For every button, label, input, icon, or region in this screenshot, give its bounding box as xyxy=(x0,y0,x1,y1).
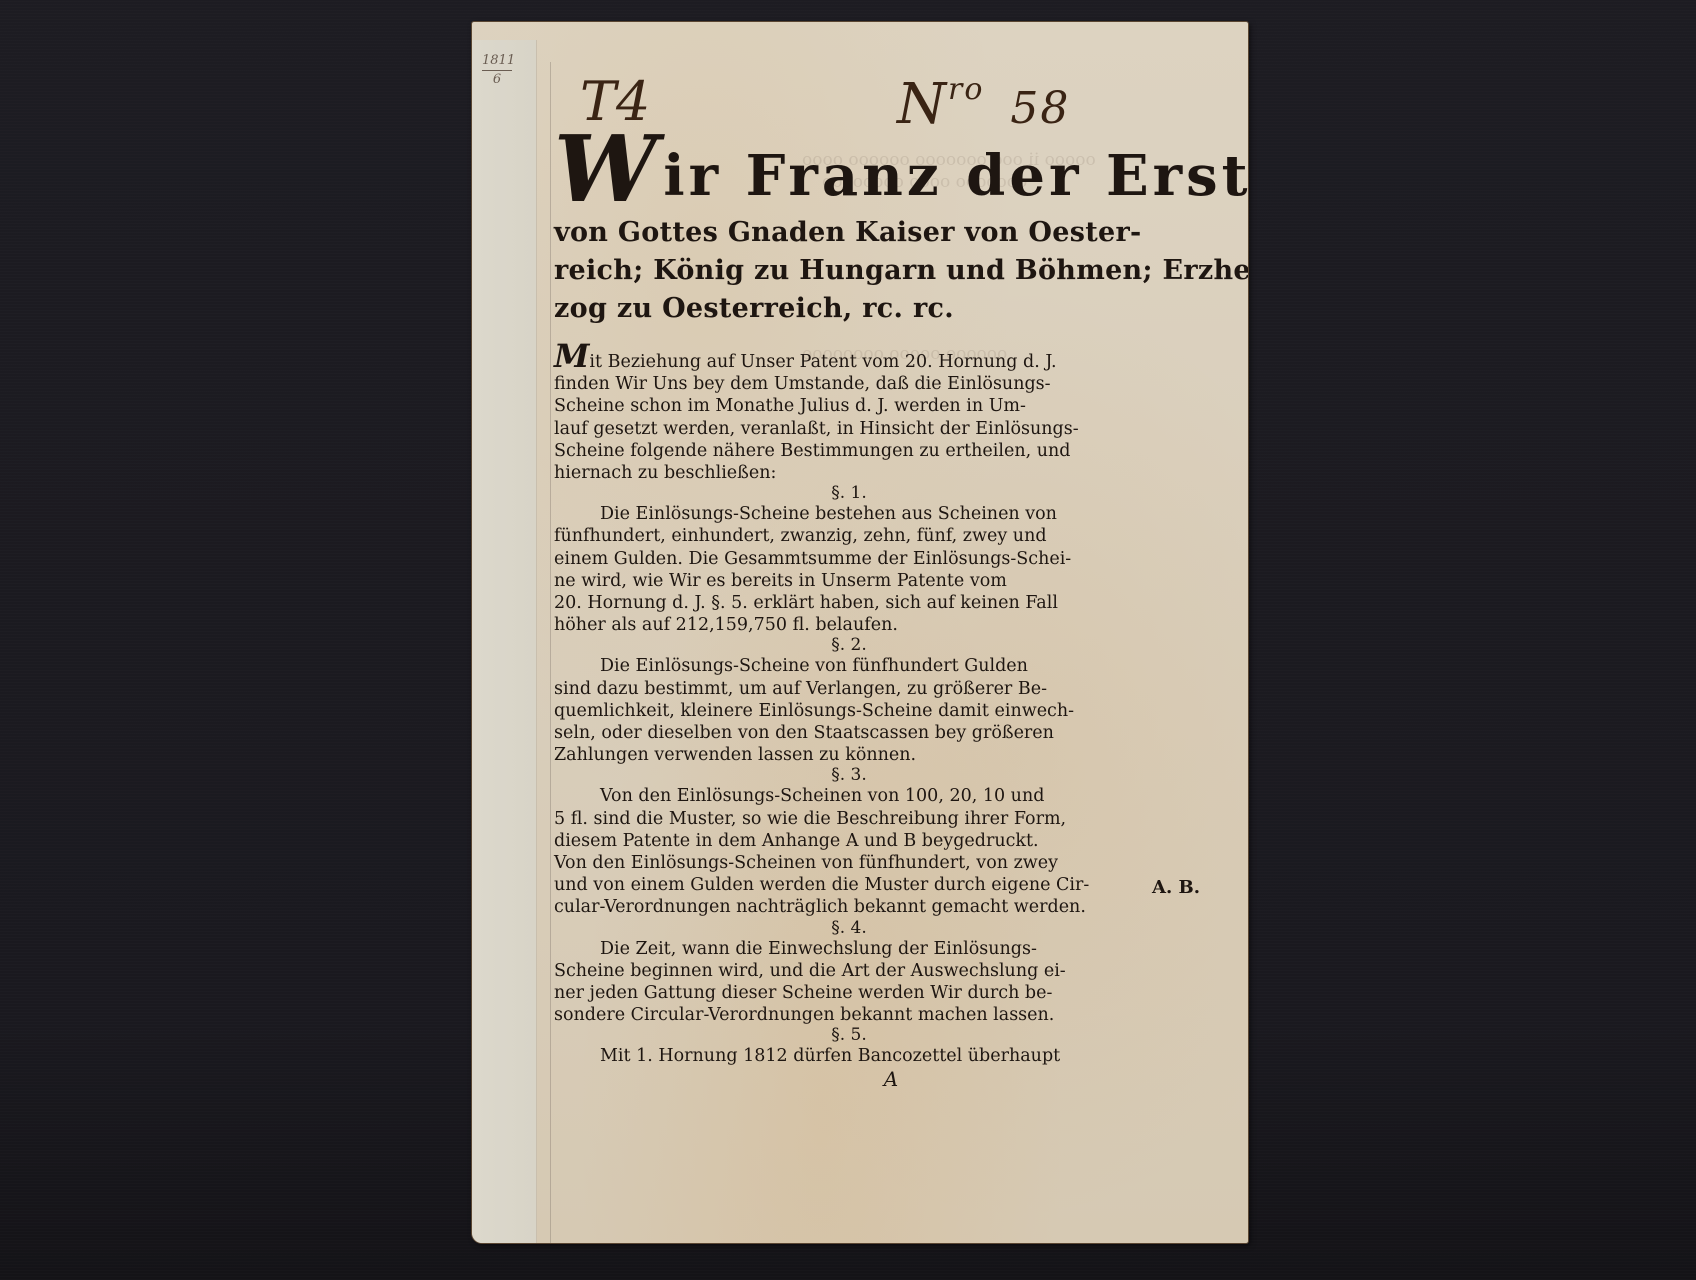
section-5-heading: §. 5. xyxy=(554,1026,1144,1045)
section-1-line: ne wird, wie Wir es bereits in Unserm Pa… xyxy=(554,570,1144,592)
title-line-3: reich; König zu Hungarn und Böhmen; Erzh… xyxy=(554,252,1144,290)
archive-note-year: 1811 xyxy=(482,54,512,71)
section-4-line: Scheine beginnen wird, und die Art der A… xyxy=(554,960,1144,982)
handwritten-number: Nro58 xyxy=(897,72,1070,137)
binding-stub xyxy=(472,40,537,1243)
fold-line xyxy=(550,62,551,1243)
section-3-line: 5 fl. sind die Muster, so wie die Beschr… xyxy=(554,808,1144,830)
preamble-line: Scheine schon im Monathe Julius d. J. we… xyxy=(554,395,1144,417)
section-1-line: 20. Hornung d. J. §. 5. erklärt haben, s… xyxy=(554,592,1144,614)
section-2-line: quemlichkeit, kleinere Einlösungs-Schein… xyxy=(554,700,1144,722)
section-1-line: Die Einlösungs-Scheine bestehen aus Sche… xyxy=(554,503,1144,525)
section-3-line: und von einem Gulden werden die Muster d… xyxy=(554,874,1144,896)
preamble-line: finden Wir Uns bey dem Umstande, daß die… xyxy=(554,373,1144,395)
document-page: 1811 6 T4 Nro58 ooooo ii ooo ooooooo ooo… xyxy=(472,22,1248,1243)
preamble-line: lauf gesetzt werden, veranlaßt, in Hinsi… xyxy=(554,418,1144,440)
title-line-1: ir Franz der Erste, xyxy=(663,143,1248,209)
section-4-heading: §. 4. xyxy=(554,919,1144,938)
section-1-line: einem Gulden. Die Gesammtsumme der Einlö… xyxy=(554,548,1144,570)
title-initial: W xyxy=(554,115,661,223)
section-4-line: Die Zeit, wann die Einwechslung der Einl… xyxy=(554,938,1144,960)
section-3-line: cular-Verordnungen nachträglich bekannt … xyxy=(554,896,1144,918)
number-superscript: ro xyxy=(948,72,984,107)
archive-note: 1811 6 xyxy=(482,54,512,88)
section-4-line: sondere Circular-Verordnungen bekannt ma… xyxy=(554,1004,1144,1026)
preamble-line: Scheine folgende nähere Bestimmungen zu … xyxy=(554,440,1144,462)
title-heading: Wir Franz der Erste, xyxy=(554,134,1144,214)
section-2-line: sind dazu bestimmt, um auf Verlangen, zu… xyxy=(554,678,1144,700)
section-1-heading: §. 1. xyxy=(554,484,1144,503)
patent-text: Wir Franz der Erste, von Gottes Gnaden K… xyxy=(554,134,1144,1090)
section-5-line: Mit 1. Hornung 1812 dürfen Bancozettel ü… xyxy=(554,1045,1144,1067)
title-line-2: von Gottes Gnaden Kaiser von Oester- xyxy=(554,214,1144,252)
margin-note-appendix: A. B. xyxy=(1152,877,1200,898)
section-4-line: ner jeden Gattung dieser Scheine werden … xyxy=(554,982,1144,1004)
preamble: Mit Beziehung auf Unser Patent vom 20. H… xyxy=(554,346,1144,1090)
preamble-dropcap: M xyxy=(554,337,589,375)
section-3-line: diesem Patente in dem Anhange A und B be… xyxy=(554,830,1144,852)
preamble-line: Mit Beziehung auf Unser Patent vom 20. H… xyxy=(554,346,1144,373)
section-3-line: Von den Einlösungs-Scheinen von fünfhund… xyxy=(554,852,1144,874)
section-3-line: Von den Einlösungs-Scheinen von 100, 20,… xyxy=(554,785,1144,807)
archive-note-index: 6 xyxy=(482,71,512,87)
section-3-heading: §. 3. xyxy=(554,766,1144,785)
preamble-line: hiernach zu beschließen: xyxy=(554,462,1144,484)
number-prefix: N xyxy=(897,72,948,137)
section-2-line: seln, oder dieselben von den Staatscasse… xyxy=(554,722,1144,744)
section-2-heading: §. 2. xyxy=(554,636,1144,655)
catchword: A xyxy=(554,1068,1144,1090)
section-2-line: Die Einlösungs-Scheine von fünfhundert G… xyxy=(554,655,1144,677)
section-1-line: höher als auf 212,159,750 fl. belaufen. xyxy=(554,614,1144,636)
title-line-4: zog zu Oesterreich, rc. rc. xyxy=(554,290,1144,328)
section-1-line: fünfhundert, einhundert, zwanzig, zehn, … xyxy=(554,525,1144,547)
number-value: 58 xyxy=(1010,83,1070,134)
section-2-line: Zahlungen verwenden lassen zu können. xyxy=(554,744,1144,766)
